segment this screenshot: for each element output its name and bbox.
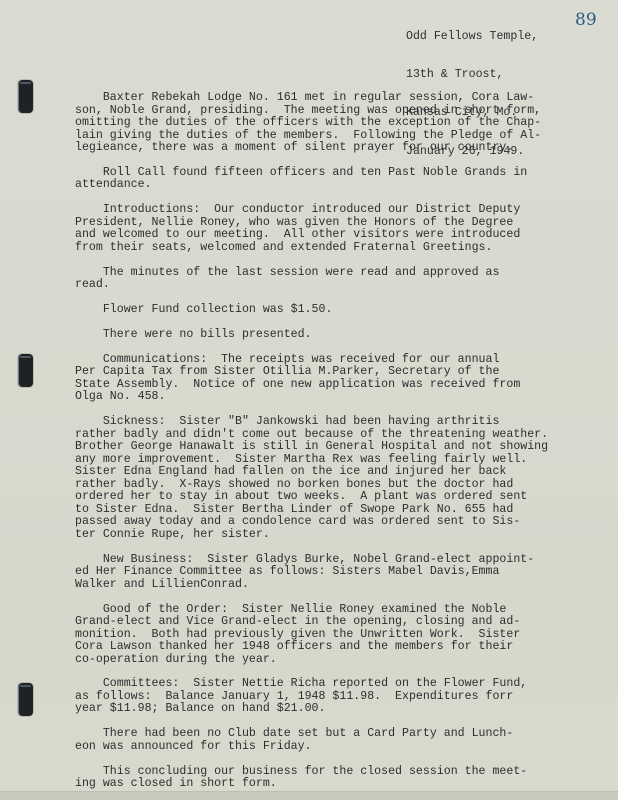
header-line: 13th & Troost, <box>406 69 538 82</box>
paragraph-roll-call: Roll Call found fifteen officers and ten… <box>75 167 555 192</box>
text-line: passed away today and a condolence card … <box>75 516 555 529</box>
paragraph-good-of-the-order: Good of the Order: Sister Nellie Roney e… <box>75 604 555 667</box>
text-line: Olga No. 458. <box>75 391 555 404</box>
text-line: ter Connie Rupe, her sister. <box>75 529 555 542</box>
text-line: attendance. <box>75 179 555 192</box>
paragraph-committees: Committees: Sister Nettie Richa reported… <box>75 678 555 716</box>
text-line: ordered her to stay in about two weeks. … <box>75 491 555 504</box>
paragraph-opening: Baxter Rebekah Lodge No. 161 met in regu… <box>75 92 555 155</box>
text-line: from their seats, welcomed and extended … <box>75 242 555 255</box>
text-line: Per Capita Tax from Sister Otillia M.Par… <box>75 366 555 379</box>
text-line: There had been no Club date set but a Ca… <box>75 728 555 741</box>
paragraph-introductions: Introductions: Our conductor introduced … <box>75 204 555 254</box>
paragraph-closing: This concluding our business for the clo… <box>75 766 555 791</box>
text-line: eon was announced for this Friday. <box>75 741 555 754</box>
text-line: read. <box>75 279 555 292</box>
paragraph-minutes: The minutes of the last session were rea… <box>75 267 555 292</box>
binder-hole-middle <box>18 354 33 387</box>
text-line: Introductions: Our conductor introduced … <box>75 204 555 217</box>
text-line: Cora Lawson thanked her 1948 officers an… <box>75 641 555 654</box>
text-line: Sister Edna England had fallen on the ic… <box>75 466 555 479</box>
typewritten-page: Odd Fellows Temple, 13th & Troost, Kansa… <box>0 0 618 800</box>
page-number: 89 <box>575 10 597 30</box>
paragraph-communications: Communications: The receipts was receive… <box>75 354 555 404</box>
binder-hole-bottom <box>18 683 33 716</box>
binder-hole-top <box>18 80 33 113</box>
text-line: legieance, there was a moment of silent … <box>75 142 555 155</box>
text-line: The minutes of the last session were rea… <box>75 267 555 280</box>
paragraph-flower-fund: Flower Fund collection was $1.50. <box>75 304 555 317</box>
text-line: Sickness: Sister "B" Jankowski had been … <box>75 416 555 429</box>
text-line: Brother George Hanawalt is still in Gene… <box>75 441 555 454</box>
header-line: Odd Fellows Temple, <box>406 31 538 44</box>
text-line: Baxter Rebekah Lodge No. 161 met in regu… <box>75 92 555 105</box>
text-line: Walker and LillienConrad. <box>75 579 555 592</box>
text-line: year $11.98; Balance on hand $21.00. <box>75 703 555 716</box>
paragraph-new-business: New Business: Sister Gladys Burke, Nobel… <box>75 554 555 592</box>
text-line: Grand-elect and Vice Grand-elect in the … <box>75 616 555 629</box>
text-line: Flower Fund collection was $1.50. <box>75 304 555 317</box>
text-line: co-operation during the year. <box>75 654 555 667</box>
text-line: ing was closed in short form. <box>75 778 555 791</box>
minutes-body: Baxter Rebekah Lodge No. 161 met in regu… <box>75 92 555 800</box>
paragraph-bills: There were no bills presented. <box>75 329 555 342</box>
text-line: There were no bills presented. <box>75 329 555 342</box>
text-line: and welcomed to our meeting. All other v… <box>75 229 555 242</box>
text-line: ed Her Finance Committee as follows: Sis… <box>75 566 555 579</box>
paragraph-club-date: There had been no Club date set but a Ca… <box>75 728 555 753</box>
text-line: omitting the duties of the officers with… <box>75 117 555 130</box>
paragraph-sickness: Sickness: Sister "B" Jankowski had been … <box>75 416 555 541</box>
